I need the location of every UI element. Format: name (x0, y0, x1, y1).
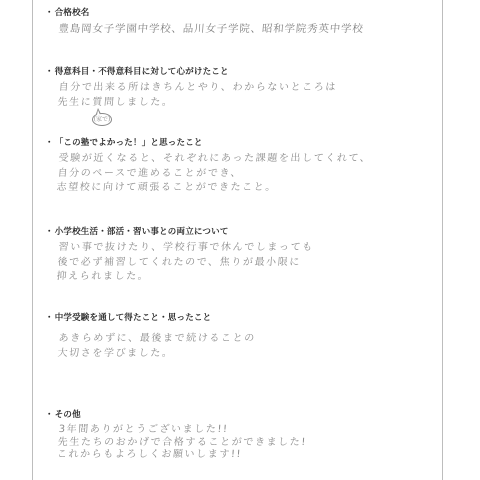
handwritten-answer: 豊島岡女子学園中学校、品川女子学院、昭和学院秀英中学校 (58, 22, 432, 37)
answer-line: 先生に質問しました。 (57, 96, 431, 111)
heading-text: 合格校名 (55, 8, 90, 18)
section-good-points: ・「この塾でよかった！」と思ったこと 受験が近くなると、それぞれにあった課題を出… (45, 138, 432, 196)
answer-line: 自分で出来る所はきちんとやり、わからないところは (58, 81, 432, 96)
handwritten-answer: 習い事で抜けたり、学校行事で休んでしまっても 後で必ず補習してくれたので、焦りが… (56, 241, 432, 285)
section-heading: ・小学校生活・部活・習い事との両立について (45, 227, 432, 238)
handwritten-answer: 自分で出来る所はきちんとやり、わからないところは 先生に質問しました。 (57, 81, 432, 110)
section-heading: ・中学受験を通して得たこと・思ったこと (45, 313, 432, 324)
answer-line: これからもよろしくお願いします!! (56, 449, 430, 462)
survey-page: ・合格校名 豊島岡女子学園中学校、品川女子学院、昭和学院秀英中学校 ・得意科目・… (32, 0, 443, 480)
bullet: ・ (45, 67, 54, 78)
section-study-approach: ・得意科目・不得意科目に対して心がけたこと 自分で出来る所はきちんとやり、わから… (45, 67, 432, 110)
answer-line: 抑えられました。 (56, 270, 430, 285)
answer-line: 3年間ありがとうございました!! (58, 424, 432, 437)
section-heading: ・合格校名 (45, 8, 432, 19)
bullet: ・ (45, 410, 54, 421)
heading-text: その他 (55, 410, 81, 420)
heading-text: 小学校生活・部活・習い事との両立について (55, 227, 229, 237)
section-other: ・その他 3年間ありがとうございました!! 先生たちのおかげで合格することができ… (45, 410, 432, 462)
heading-text: 得意科目・不得意科目に対して心がけたこと (55, 67, 229, 77)
answer-line: 自分のペースで進めることができ、 (57, 167, 431, 182)
section-heading: ・「この塾でよかった！」と思ったこと (45, 138, 432, 149)
section-balance: ・小学校生活・部活・習い事との両立について 習い事で抜けたり、学校行事で休んでし… (45, 227, 432, 285)
heading-text: 中学受験を通して得たこと・思ったこと (55, 313, 212, 323)
handwritten-answer: 3年間ありがとうございました!! 先生たちのおかげで合格することができました! … (56, 424, 432, 462)
answer-line: あきらめずに、最後まで続けることの (58, 332, 432, 347)
bullet: ・ (45, 138, 54, 149)
section-heading: ・得意科目・不得意科目に対して心がけたこと (45, 67, 432, 78)
heading-text: 「この塾でよかった！」と思ったこと (55, 138, 203, 148)
speech-bubble-annotation: (家で) (92, 113, 112, 126)
answer-line: 大切さを学びました。 (57, 347, 431, 362)
answer-line: 後で必ず補習してくれたので、焦りが最小限に (57, 256, 431, 271)
answer-line: 習い事で抜けたり、学校行事で休んでしまっても (58, 241, 432, 256)
bullet: ・ (45, 8, 54, 19)
section-heading: ・その他 (45, 410, 432, 421)
section-lessons-learned: ・中学受験を通して得たこと・思ったこと あきらめずに、最後まで続けることの 大切… (45, 313, 432, 361)
handwritten-answer: 受験が近くなると、それぞれにあった課題を出してくれて、 自分のペースで進めること… (56, 152, 432, 196)
bullet: ・ (45, 313, 54, 324)
bullet: ・ (45, 227, 54, 238)
answer-line: 志望校に向けて頑張ることができたこと。 (56, 181, 430, 196)
section-passed-schools: ・合格校名 豊島岡女子学園中学校、品川女子学院、昭和学院秀英中学校 (45, 8, 432, 37)
answer-line: 豊島岡女子学園中学校、品川女子学院、昭和学院秀英中学校 (58, 22, 432, 37)
answer-line: 受験が近くなると、それぞれにあった課題を出してくれて、 (58, 152, 432, 167)
handwritten-answer: あきらめずに、最後まで続けることの 大切さを学びました。 (57, 332, 432, 361)
answer-line: 先生たちのおかげで合格することができました! (57, 437, 431, 450)
